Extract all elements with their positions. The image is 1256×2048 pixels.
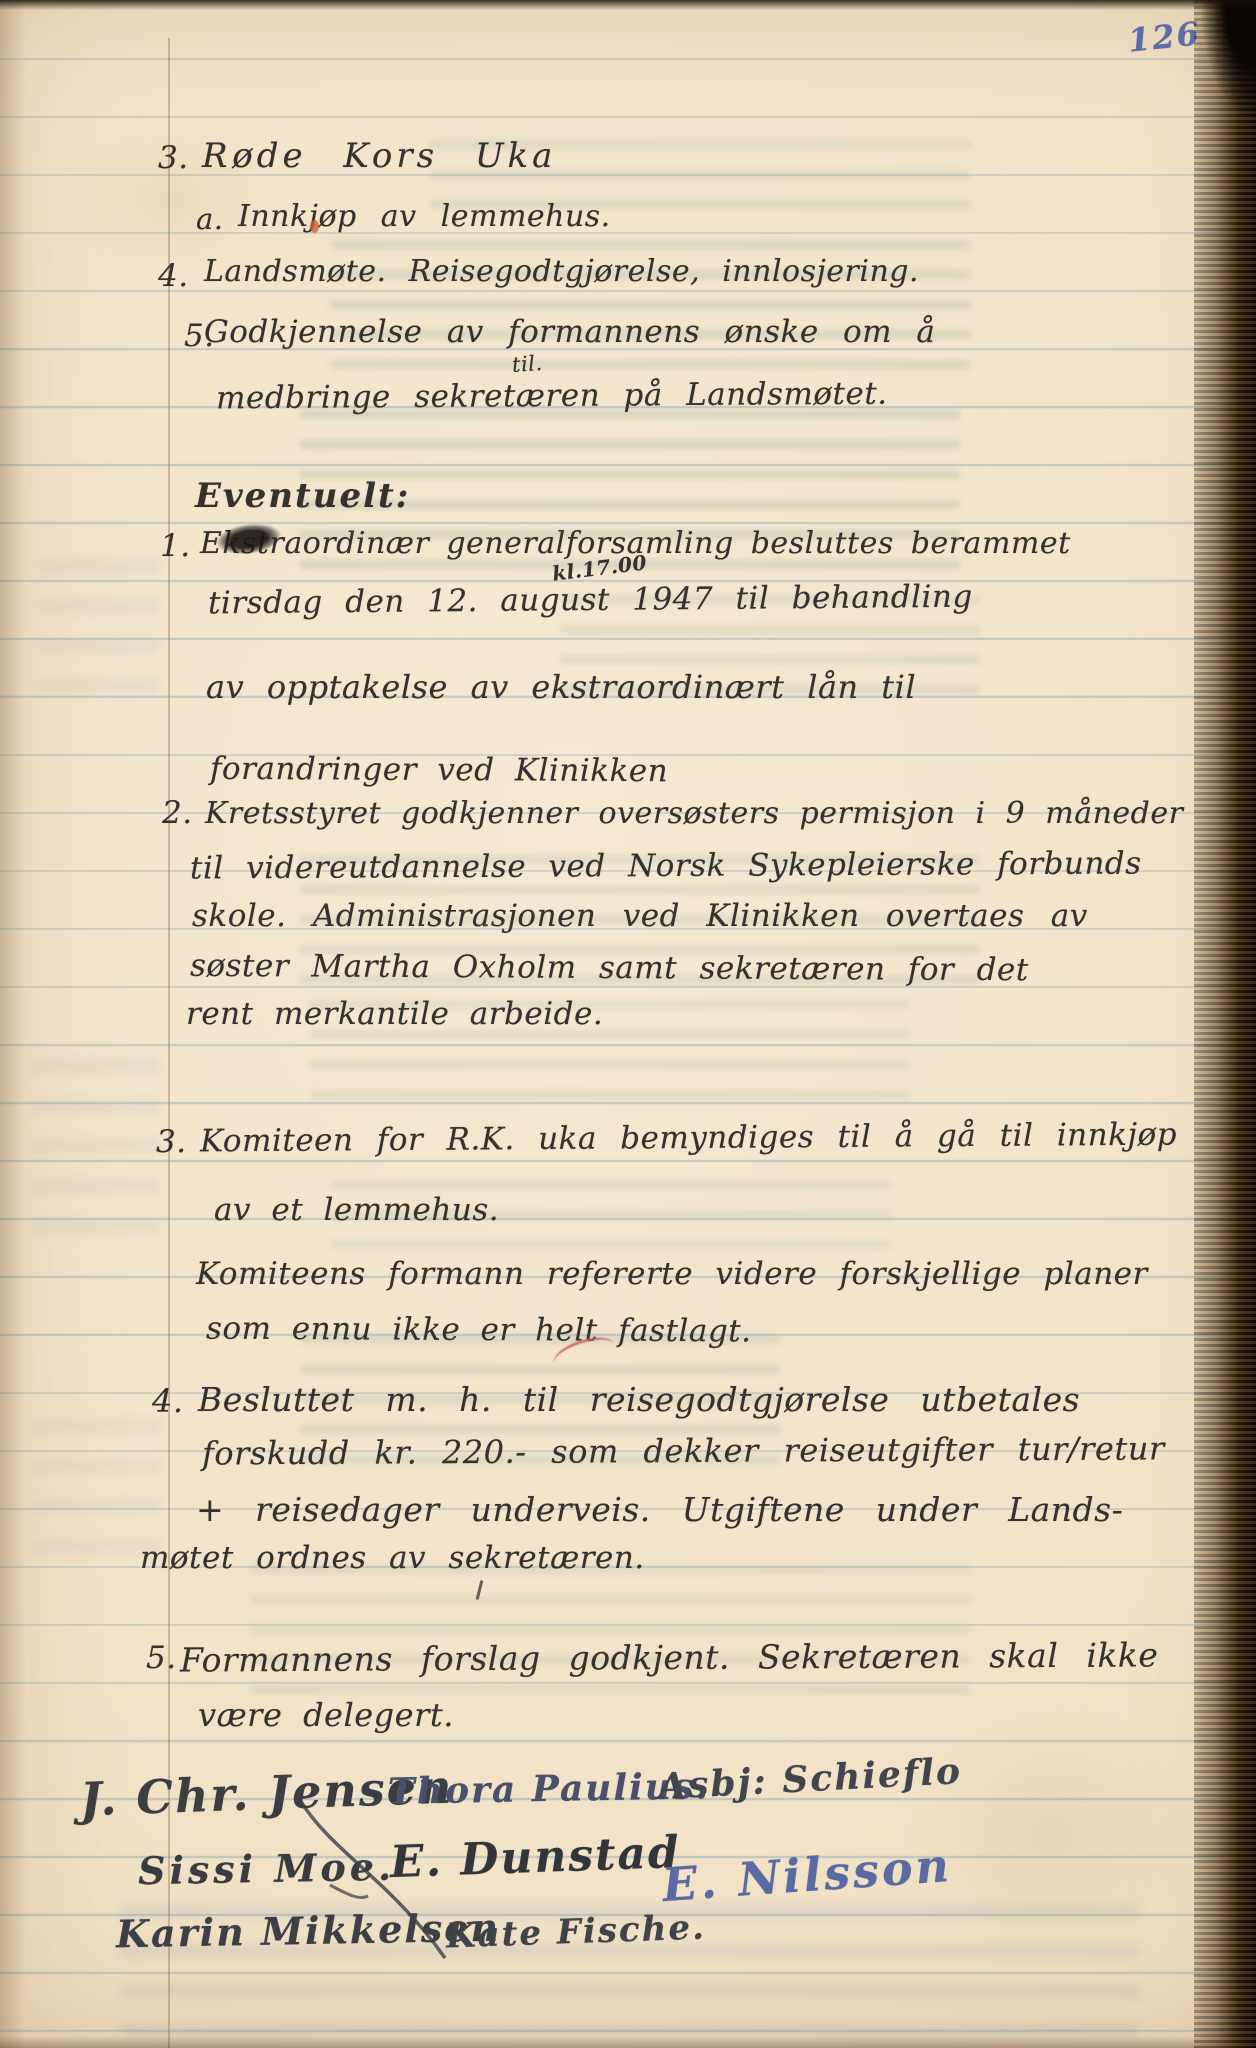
eventuelt-4-line1: Besluttet m. h. til reisegodtgjørelse ut… <box>198 1380 1080 1419</box>
eventuelt-1-line3: av opptakelse av ekstraordinært lån til <box>206 668 916 706</box>
eventuelt-2-line2: til videreutdannelse ved Norsk Sykepleie… <box>190 846 1142 887</box>
eventuelt-4-line2: forskudd kr. 220.- som dekker reiseutgif… <box>202 1429 1165 1472</box>
book-page-edge <box>1194 0 1256 2048</box>
signature: E. Nilsson <box>660 1838 953 1912</box>
eventuelt-2-line4: søster Martha Oxholm samt sekretæren for… <box>190 948 1029 988</box>
eventuelt-5-line2: være delegert. <box>198 1696 454 1734</box>
eventuelt-1-marker: 1. <box>160 528 191 564</box>
agenda-item-5-line2: medbringe sekretæren på Landsmøtet. <box>216 376 888 417</box>
eventuelt-2-line3: skole. Administrasjonen ved Klinikken ov… <box>192 898 1088 934</box>
eventuelt-4-line3: + reisedager underveis. Utgiftene under … <box>196 1490 1123 1529</box>
eventuelt-3-line4: som ennu ikke er helt fastlagt. <box>206 1311 752 1350</box>
book-corner-shadow <box>1200 0 1256 120</box>
ink-speck <box>310 220 319 233</box>
agenda-item-5-insertion: til. <box>511 351 543 377</box>
eventuelt-4-line4: møtet ordnes av sekretæren. <box>140 1540 645 1576</box>
signature: E. Dunstad <box>389 1827 681 1888</box>
signature: Kate Fische. <box>445 1907 706 1956</box>
margin-line <box>168 38 170 2048</box>
page-top-shadow <box>0 0 1256 10</box>
agenda-item-3-text: Røde Kors Uka <box>202 136 556 176</box>
eventuelt-1-line2: tirsdag den 12. august 1947 til behandli… <box>208 579 973 622</box>
eventuelt-4-marker: 4. <box>152 1382 184 1420</box>
agenda-item-4-text: Landsmøte. Reisegodtgjørelse, innlosjeri… <box>204 254 919 289</box>
eventuelt-5-line1: Formannens forslag godkjent. Sekretæren … <box>180 1635 1159 1679</box>
eventuelt-2-marker: 2. <box>162 795 193 831</box>
signature: Sissi Moe. <box>138 1844 396 1893</box>
page-bottom-shade <box>0 2036 1256 2048</box>
eventuelt-2-line1: Kretsstyret godkjenner oversøsters permi… <box>205 796 1183 831</box>
eventuelt-heading: Eventuelt: <box>195 476 410 516</box>
eventuelt-2-line5: rent merkantile arbeide. <box>186 996 603 1032</box>
page-left-shade <box>0 0 26 2048</box>
bleedthrough-ghost <box>30 1060 160 1260</box>
eventuelt-3-line1: Komiteen for R.K. uka bemyndiges til å g… <box>200 1117 1177 1160</box>
signature: Karin Mikkelsen <box>116 1905 501 1957</box>
paper-stain <box>900 1700 1200 1960</box>
agenda-item-5-line1: Godkjennelse av formannens ønske om å <box>204 314 935 350</box>
scanned-minutes-page: 126 3. Røde Kors Uka a. Innkjøp av lemme… <box>0 0 1256 2048</box>
signature: Asbj: Schieflo <box>657 1750 963 1808</box>
agenda-item-3a-text: Innkjøp av lemmehus. <box>238 199 611 234</box>
eventuelt-3-line2: av et lemmehus. <box>214 1192 499 1228</box>
bleedthrough-ghost <box>40 560 160 720</box>
eventuelt-3-line3: Komiteens formann refererte videre forsk… <box>196 1256 1148 1292</box>
eventuelt-1-line4: forandringer ved Klinikken <box>210 751 668 789</box>
agenda-item-3-marker: 3. <box>158 140 189 176</box>
eventuelt-5-marker: 5. <box>146 1640 177 1676</box>
page-number: 126 <box>1126 14 1202 59</box>
agenda-item-3a-marker: a. <box>196 202 224 236</box>
pen-tick <box>476 1580 484 1600</box>
eventuelt-3-marker: 3. <box>156 1124 187 1160</box>
agenda-item-4-marker: 4. <box>158 258 189 294</box>
